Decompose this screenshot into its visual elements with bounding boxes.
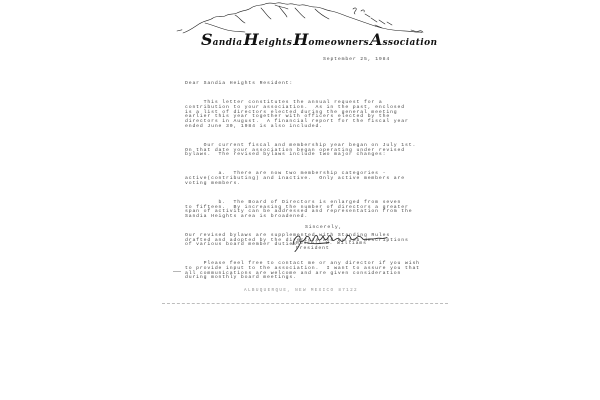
letterhead-capital: A (370, 30, 382, 49)
footer-address: ALBUQUERQUE, NEW MEXICO 87122 (244, 288, 358, 293)
letterhead-word-rest: omeowners (308, 38, 369, 48)
letter-body: Dear Sandia Heights Resident: This lette… (185, 73, 420, 296)
letterhead-word: Homeowners (293, 30, 369, 49)
salutation: Dear Sandia Heights Resident: (185, 82, 420, 87)
paragraph: Our current fiscal and membership year b… (185, 144, 420, 158)
letterhead-org-name: SandiaHeightsHomeownersAssociation (201, 32, 438, 49)
paragraph: This letter constitutes the annual reque… (185, 101, 420, 129)
letterhead-word-rest: andia (213, 38, 243, 48)
paragraph: b. The Board of Directors is enlarged fr… (185, 201, 420, 220)
page-bottom-edge (162, 303, 448, 304)
paragraph: Please feel free to contact me or any di… (185, 262, 420, 281)
letter-date: September 25, 1984 (323, 58, 390, 63)
letterhead-word-rest: eights (259, 38, 293, 48)
letterhead-word-rest: ssociation (382, 38, 437, 48)
letterhead-capital: H (243, 30, 258, 49)
letterhead-capital: S (201, 30, 213, 49)
letterhead-word: Sandia (201, 30, 242, 49)
letterhead-capital: H (293, 30, 308, 49)
paragraph: a. There are now two membership categori… (185, 172, 420, 186)
scan-stray-mark (173, 271, 181, 272)
scanned-letter-page: SandiaHeightsHomeownersAssociation Septe… (0, 0, 600, 400)
letterhead-word: Association (370, 30, 437, 49)
signer-title: President (296, 247, 330, 252)
letterhead-word: Heights (243, 30, 292, 49)
